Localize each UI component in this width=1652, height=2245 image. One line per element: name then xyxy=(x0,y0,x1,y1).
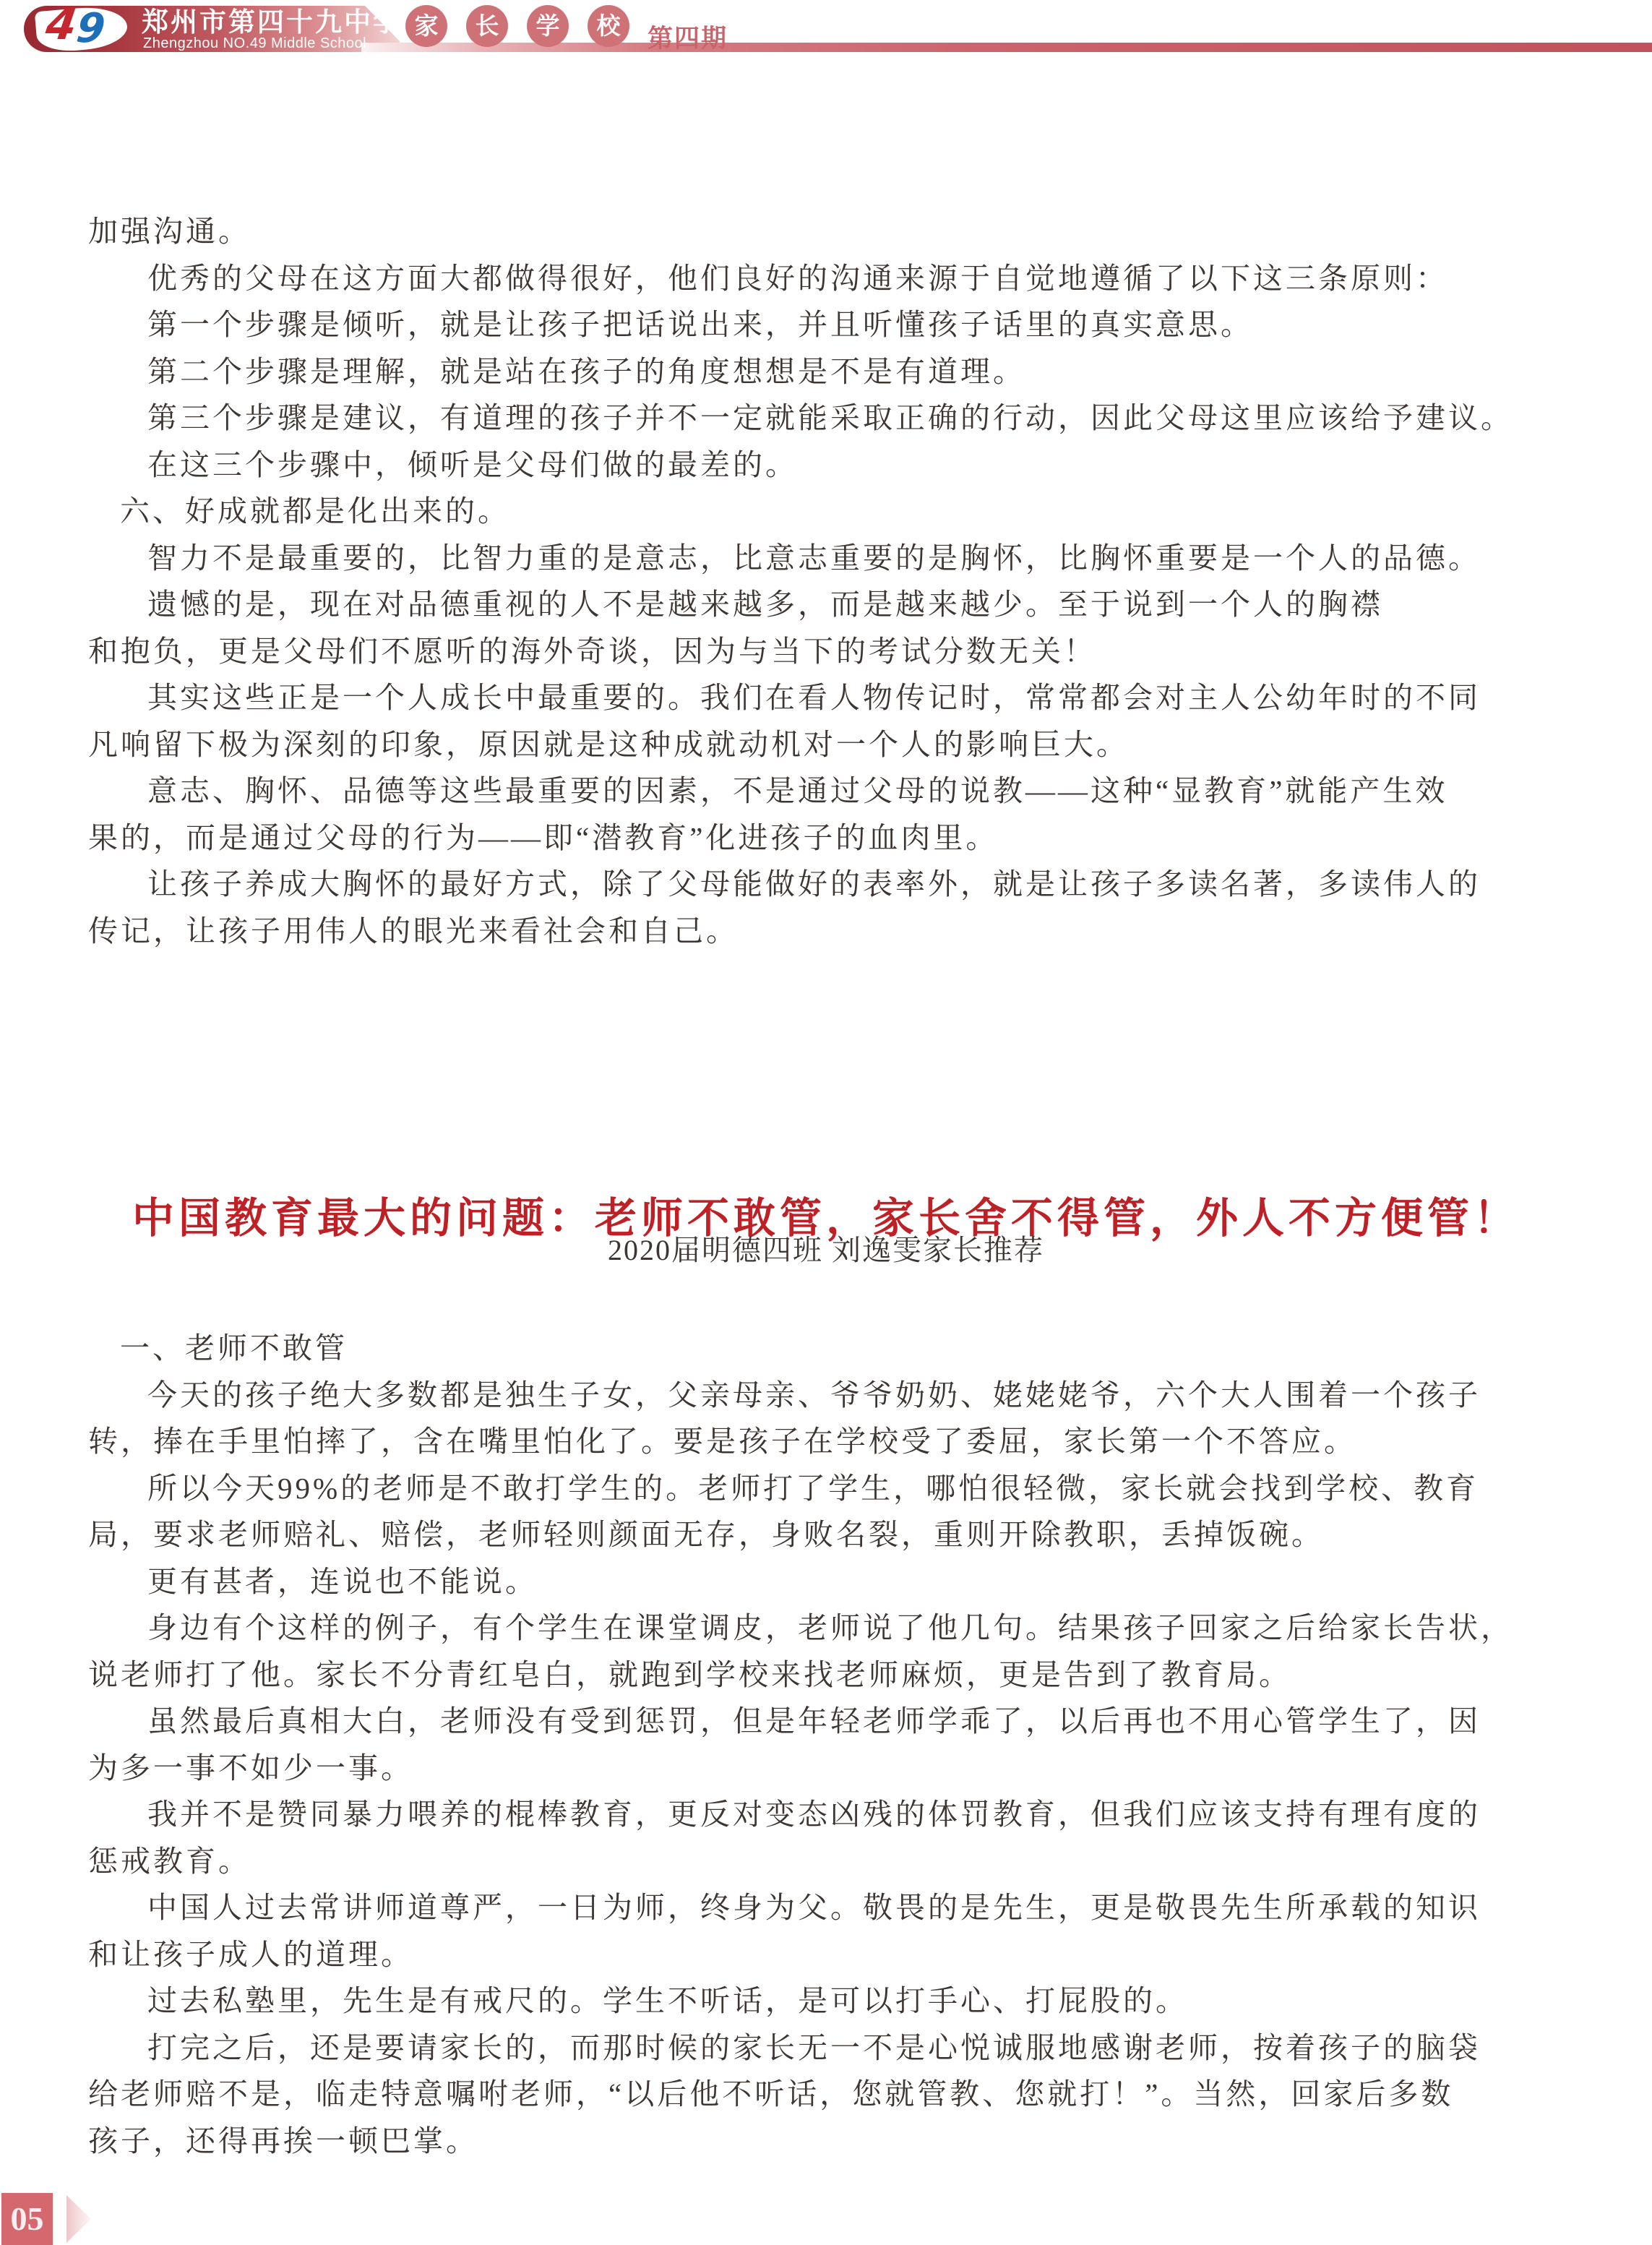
text-line: 智力不是最重要的，比智力重的是意志，比意志重要的是胸怀，比胸怀重要是一个人的品德… xyxy=(88,535,1562,582)
text-line: 优秀的父母在这方面大都做得很好，他们良好的沟通来源于自觉地遵循了以下这三条原则： xyxy=(88,255,1562,302)
logo-digit-4: 4 xyxy=(43,3,79,46)
text-line: 传记，让孩子用伟人的眼光来看社会和自己。 xyxy=(88,908,1562,955)
page-number: 05 xyxy=(1,2193,53,2245)
text-line: 打完之后，还是要请家长的，而那时候的家长无一不是心悦诚服地感谢老师，按着孩子的脑… xyxy=(88,2025,1562,2072)
text-line: 在这三个步骤中，倾听是父母们做的最差的。 xyxy=(88,442,1562,489)
text-line: 所以今天99%的老师是不敢打学生的。老师打了学生，哪怕很轻微，家长就会找到学校、… xyxy=(88,1465,1562,1512)
text-line: 虽然最后真相大白，老师没有受到惩罚，但是年轻老师学乖了，以后再也不用心管学生了，… xyxy=(88,1698,1562,1745)
text-line: 和让孩子成人的道理。 xyxy=(88,1931,1562,1978)
newsletter-page: 4 9 郑州市第四十九中学 Zhengzhou NO.49 Middle Sch… xyxy=(0,0,1652,2245)
text-line: 凡响留下极为深刻的印象，原因就是这种成就动机对一个人的影响巨大。 xyxy=(88,721,1562,768)
page-number-arrow-icon xyxy=(66,2195,91,2243)
text-line: 我并不是赞同暴力喂养的棍棒教育，更反对变态凶残的体罚教育，但我们应该支持有理有度… xyxy=(88,1791,1562,1838)
school-name-english: Zhengzhou NO.49 Middle School xyxy=(143,35,366,52)
text-line: 孩子，还得再挨一顿巴掌。 xyxy=(88,2118,1562,2165)
text-line: 第一个步骤是倾听，就是让孩子把话说出来，并且听懂孩子话里的真实意思。 xyxy=(88,301,1562,348)
text-line: 六、好成就都是化出来的。 xyxy=(88,488,1562,535)
text-line: 和抱负，更是父母们不愿听的海外奇谈，因为与当下的考试分数无关！ xyxy=(88,628,1562,675)
issue-label: 第四期 xyxy=(648,19,728,55)
text-line: 第三个步骤是建议，有道理的孩子并不一定就能采取正确的行动，因此父母这里应该给予建… xyxy=(88,395,1562,442)
text-line: 为多一事不如少一事。 xyxy=(88,1745,1562,1792)
text-line: 其实这些正是一个人成长中最重要的。我们在看人物传记时，常常都会对主人公幼年时的不… xyxy=(88,674,1562,721)
text-line: 果的，而是通过父母的行为——即“潜教育”化进孩子的血肉里。 xyxy=(88,815,1562,862)
page-number-box: 05 xyxy=(1,2193,53,2245)
school-logo-icon: 4 9 xyxy=(32,7,133,51)
article2-byline: 2020届明德四班 刘逸雯家长推荐 xyxy=(0,1232,1652,1269)
text-line: 身边有个这样的例子，有个学生在课堂调皮，老师说了他几句。结果孩子回家之后给家长告… xyxy=(88,1605,1562,1652)
text-line: 说老师打了他。家长不分青红皂白，就跑到学校来找老师麻烦，更是告到了教育局。 xyxy=(88,1652,1562,1699)
text-line: 给老师赔不是，临走特意嘱咐老师，“以后他不听话，您就管教、您就打！”。当然，回家… xyxy=(88,2071,1562,2118)
article1-text-block: 加强沟通。优秀的父母在这方面大都做得很好，他们良好的沟通来源于自觉地遵循了以下这… xyxy=(88,208,1562,954)
badge-xue: 学 xyxy=(527,5,569,47)
text-line: 更有甚者，连说也不能说。 xyxy=(88,1558,1562,1605)
text-line: 惩戒教育。 xyxy=(88,1838,1562,1885)
text-line: 中国人过去常讲师道尊严，一日为师，终身为父。敬畏的是先生，更是敬畏先生所承载的知… xyxy=(88,1884,1562,1931)
text-line: 局，要求老师赔礼、赔偿，老师轻则颜面无存，身败名裂，重则开除教职，丢掉饭碗。 xyxy=(88,1511,1562,1558)
article2-text-block: 一、老师不敢管今天的孩子绝大多数都是独生子女，父亲母亲、爷爷奶奶、姥姥姥爷，六个… xyxy=(88,1325,1562,2164)
text-line: 让孩子养成大胸怀的最好方式，除了父母能做好的表率外，就是让孩子多读名著，多读伟人… xyxy=(88,861,1562,908)
text-line: 意志、胸怀、品德等这些最重要的因素，不是通过父母的说教——这种“显教育”就能产生… xyxy=(88,768,1562,815)
text-line: 今天的孩子绝大多数都是独生子女，父亲母亲、爷爷奶奶、姥姥姥爷，六个大人围着一个孩… xyxy=(88,1372,1562,1419)
text-line: 过去私塾里，先生是有戒尺的。学生不听话，是可以打手心、打屁股的。 xyxy=(88,1978,1562,2025)
text-line: 遗憾的是，现在对品德重视的人不是越来越多，而是越来越少。至于说到一个人的胸襟 xyxy=(88,581,1562,628)
badge-zhang: 长 xyxy=(466,5,508,47)
text-line: 一、老师不敢管 xyxy=(88,1325,1562,1372)
text-line: 加强沟通。 xyxy=(88,208,1562,255)
text-line: 第二个步骤是理解，就是站在孩子的角度想想是不是有道理。 xyxy=(88,348,1562,395)
badge-jia: 家 xyxy=(405,5,447,47)
logo-digit-9: 9 xyxy=(74,7,107,51)
badge-xiao: 校 xyxy=(588,5,629,47)
school-name-chinese: 郑州市第四十九中学 xyxy=(142,9,402,37)
text-line: 转，捧在手里怕摔了，含在嘴里怕化了。要是孩子在学校受了委屈，家长第一个不答应。 xyxy=(88,1418,1562,1465)
